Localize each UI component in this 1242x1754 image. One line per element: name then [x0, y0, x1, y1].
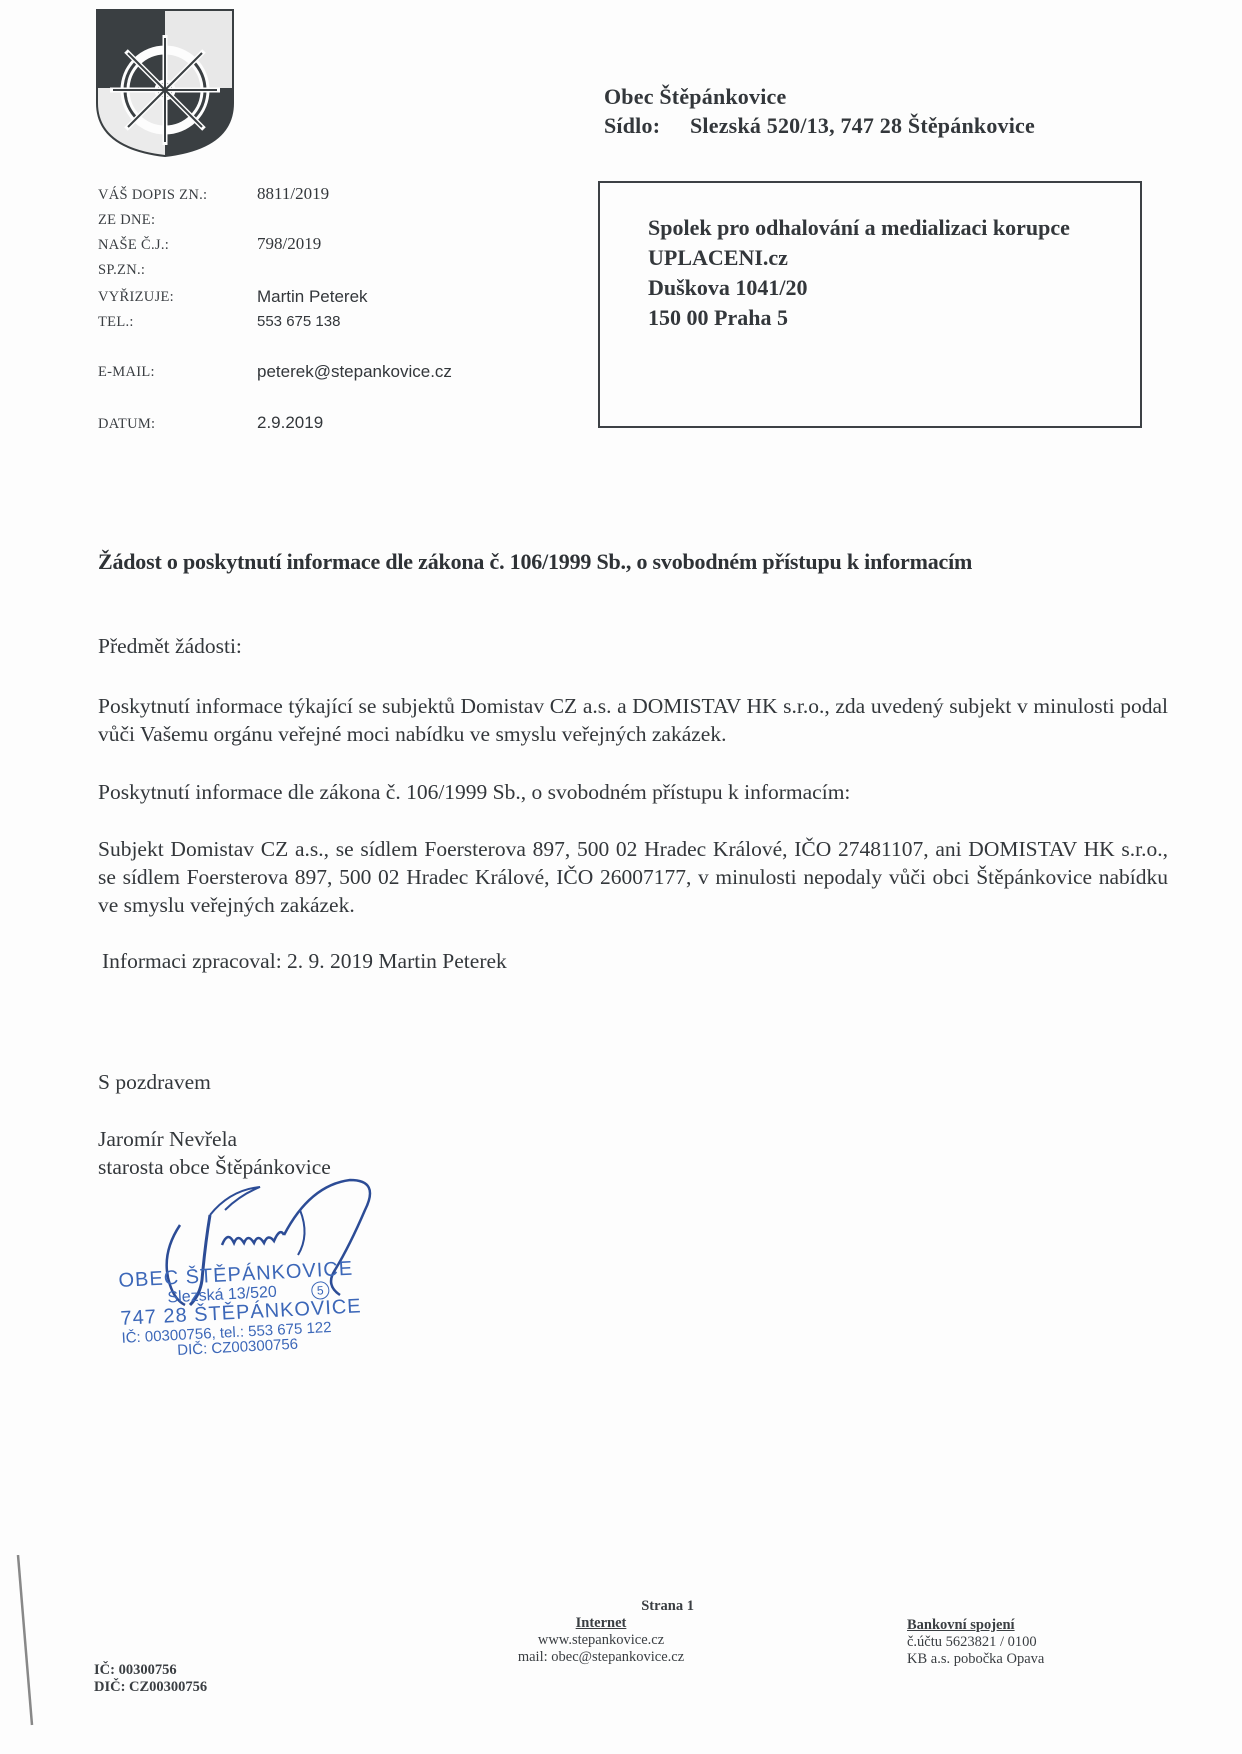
request-text: Poskytnutí informace týkající se subjekt… — [98, 692, 1168, 748]
sender-seat-address: Slezská 520/13, 747 28 Štěpánkovice — [690, 113, 1035, 138]
processed-by: Informaci zpracoval: 2. 9. 2019 Martin P… — [102, 947, 507, 975]
ref-label-date: DATUM: — [98, 416, 155, 433]
ref-value-date: 2.9.2019 — [257, 413, 323, 433]
footer-dic: DIČ: CZ00300756 — [94, 1679, 207, 1696]
recipient-line-brand: UPLACENI.cz — [648, 243, 1070, 273]
ref-label-our-ref: NAŠE Č.J.: — [98, 237, 169, 254]
recipient-address-box: Spolek pro odhalování a medializaci koru… — [598, 181, 1142, 428]
footer-bank-branch: KB a.s. pobočka Opava — [907, 1651, 1044, 1668]
scan-edge-line — [16, 1555, 36, 1740]
ref-label-email: E-MAIL: — [98, 364, 155, 381]
ref-label-date-from: ZE DNE: — [98, 212, 155, 229]
ref-value-your-letter: 8811/2019 — [257, 184, 329, 204]
ref-value-email[interactable]: peterek@stepankovice.cz — [257, 362, 452, 382]
ref-label-handled-by: VYŘIZUJE: — [98, 289, 174, 306]
footer-page-number: Strana 1 — [488, 1598, 714, 1615]
footer-bank-account: č.účtu 5623821 / 0100 — [907, 1634, 1044, 1651]
ref-label-your-letter: VÁŠ DOPIS ZN.: — [98, 187, 207, 204]
ref-label-file-no: SP.ZN.: — [98, 262, 145, 279]
closing-greeting: S pozdravem — [98, 1068, 211, 1096]
footer-web[interactable]: www.stepankovice.cz — [488, 1632, 714, 1649]
request-heading: Předmět žádosti: — [98, 632, 242, 660]
footer-left: IČ: 00300756 DIČ: CZ00300756 — [94, 1662, 207, 1696]
footer-ic: IČ: 00300756 — [94, 1662, 207, 1679]
footer-bank-heading: Bankovní spojení — [907, 1617, 1044, 1634]
footer-internet-heading: Internet — [488, 1615, 714, 1632]
coat-of-arms-wheel-icon — [95, 8, 235, 158]
sender-seat: Sídlo:Slezská 520/13, 747 28 Štěpánkovic… — [604, 111, 1035, 140]
letter-subject: Žádost o poskytnutí informace dle zákona… — [98, 549, 972, 575]
sender-name: Obec Štěpánkovice — [604, 82, 1035, 111]
footer-center: Strana 1 Internet www.stepankovice.cz ma… — [488, 1598, 714, 1666]
footer-right: Bankovní spojení č.účtu 5623821 / 0100 K… — [907, 1617, 1044, 1668]
ref-value-our-ref: 798/2019 — [257, 234, 321, 254]
footer-mail[interactable]: mail: obec@stepankovice.cz — [488, 1649, 714, 1666]
ref-label-phone: TEL.: — [98, 314, 134, 331]
sender-block: Obec Štěpánkovice Sídlo:Slezská 520/13, … — [604, 82, 1035, 140]
signatory-name: Jaromír Nevřela — [98, 1125, 237, 1153]
ref-value-phone: 553 675 138 — [257, 313, 340, 330]
ref-value-handled-by: Martin Peterek — [257, 287, 368, 307]
recipient-line-street: Duškova 1041/20 — [648, 273, 1070, 303]
official-stamp: OBEC ŠTĚPÁNKOVICE Slezská 13/520 5 747 2… — [118, 1257, 364, 1362]
response-text: Subjekt Domistav CZ a.s., se sídlem Foer… — [98, 835, 1168, 919]
recipient-line-organization: Spolek pro odhalování a medializaci koru… — [648, 213, 1070, 243]
recipient-line-city: 150 00 Praha 5 — [648, 303, 1070, 333]
response-heading: Poskytnutí informace dle zákona č. 106/1… — [98, 778, 850, 806]
sender-seat-label: Sídlo: — [604, 111, 690, 140]
